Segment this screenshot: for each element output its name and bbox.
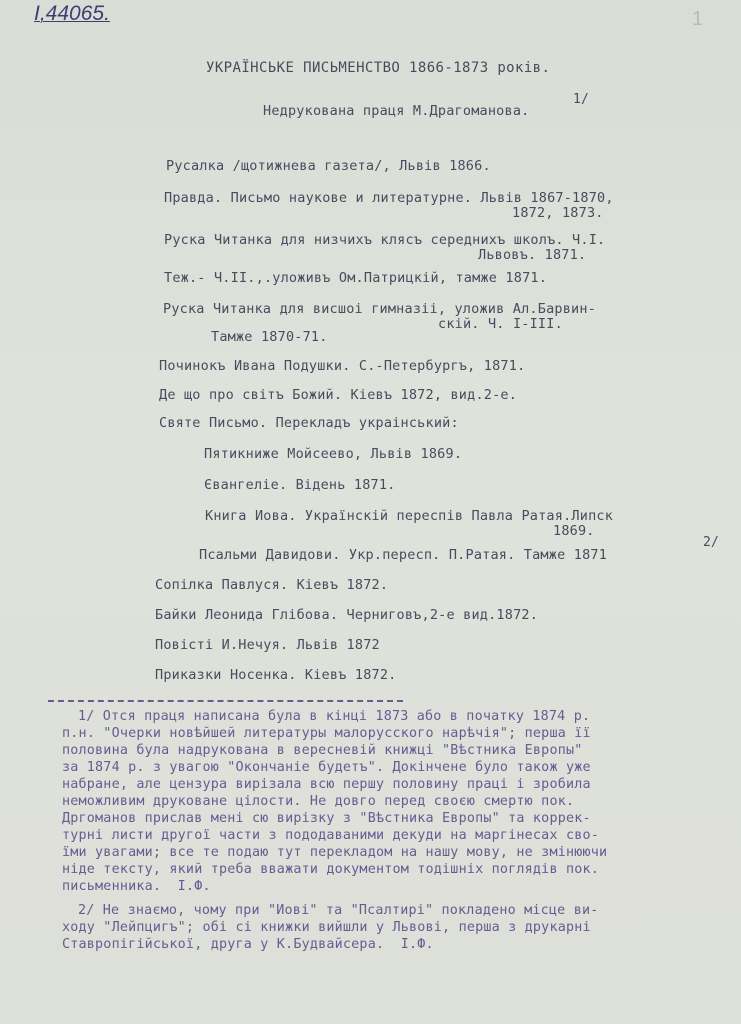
- footnote-line: Ставропігійської, друга у К.Будвайсера. …: [62, 937, 434, 954]
- entry-line: 1872, 1873.: [512, 205, 604, 221]
- archive-number: I,44065.: [34, 2, 110, 26]
- entry-footnote-mark: 2/: [703, 535, 719, 550]
- footnote-line: 1/ Отся праця написана була в кінці 1873…: [78, 709, 590, 726]
- footnote-line: їми увагами; все те подаю тут перекладом…: [62, 845, 607, 862]
- entry-line: Правда. Письмо наукове и литературне. Ль…: [164, 190, 614, 206]
- document-title: УКРАЇНСЬКЕ ПИСЬМЕНСТВО 1866-1873 років.: [206, 60, 550, 76]
- entry-line: Починокъ Ивана Подушки. С.-Петербургъ, 1…: [159, 358, 525, 374]
- footnote-separator: [48, 700, 403, 702]
- footnote-line: половина була надрукована в вересневій к…: [62, 743, 583, 760]
- footnote-line: за 1874 р. з увагою "Окончаніе будетъ". …: [62, 760, 591, 777]
- entry-line: 1869.: [553, 523, 595, 539]
- entry-line: скій. Ч. І-ІІІ.: [438, 316, 563, 332]
- footnote-line: Дргоманов прислав мені сю вирізку з "Вѣс…: [62, 811, 591, 828]
- entry-line: Тамже 1870-71.: [211, 329, 328, 345]
- entry-line: Руска Читанка для висшоі гимназіі, уложи…: [163, 301, 596, 317]
- entry-line: Теж.- Ч.ІІ.,.уложивъ Ом.Патрицкій, тамже…: [164, 270, 547, 286]
- document-subtitle: Недрукована праця М.Драгоманова.: [263, 103, 530, 119]
- entry-line: Євангеліе. Відень 1871.: [204, 477, 396, 493]
- entry-line: Приказки Носенка. Кіевъ 1872.: [155, 667, 397, 683]
- entry-line: Святе Письмо. Перекладъ украінський:: [159, 415, 459, 431]
- footnote-line: неможливим друковане цілости. Не довго п…: [62, 794, 574, 811]
- footnote-line: турні листи другої части з пододаваними …: [62, 828, 599, 845]
- entry-line: Руска Читанка для низчихъ клясъ середних…: [164, 232, 605, 248]
- entry-line: Книга Иова. Українскій переспів Павла Ра…: [205, 508, 613, 524]
- entry-line: Пятикниже Мойсеево, Львів 1869.: [204, 446, 462, 462]
- footnote-line: письменника. І.Ф.: [62, 879, 211, 896]
- entry-line: Львовъ. 1871.: [478, 247, 586, 263]
- footnote-line: п.н. "Очерки новѣйшей литературы малорус…: [62, 726, 591, 743]
- entry-line: Байки Леонида Глібова. Черниговъ,2-е вид…: [155, 607, 538, 623]
- entry-line: Сопілка Павлуся. Кіевъ 1872.: [155, 577, 388, 593]
- entry-line: Повісті И.Нечуя. Львів 1872: [155, 637, 380, 653]
- footnote-line: ходу "Лейпцигъ"; обі сі книжки вийшли у …: [62, 920, 591, 937]
- footnote-line: набране, але цензура вирізала всю першу …: [62, 777, 591, 794]
- entry-line: Псальми Давидови. Укр.пересп. П.Ратая. Т…: [199, 547, 607, 563]
- entry-line: Русалка /щотижнева газета/, Львів 1866.: [166, 158, 491, 174]
- page-number: 1: [692, 8, 703, 31]
- subtitle-footnote-mark: 1/: [573, 92, 589, 107]
- footnote-line: ніде тексту, який треба вважати документ…: [62, 862, 599, 879]
- footnote-line: 2/ Не знаємо, чому при "Иові" та "Псалти…: [78, 903, 599, 920]
- entry-line: Де що про світъ Божий. Кіевъ 1872, вид.2…: [159, 387, 517, 403]
